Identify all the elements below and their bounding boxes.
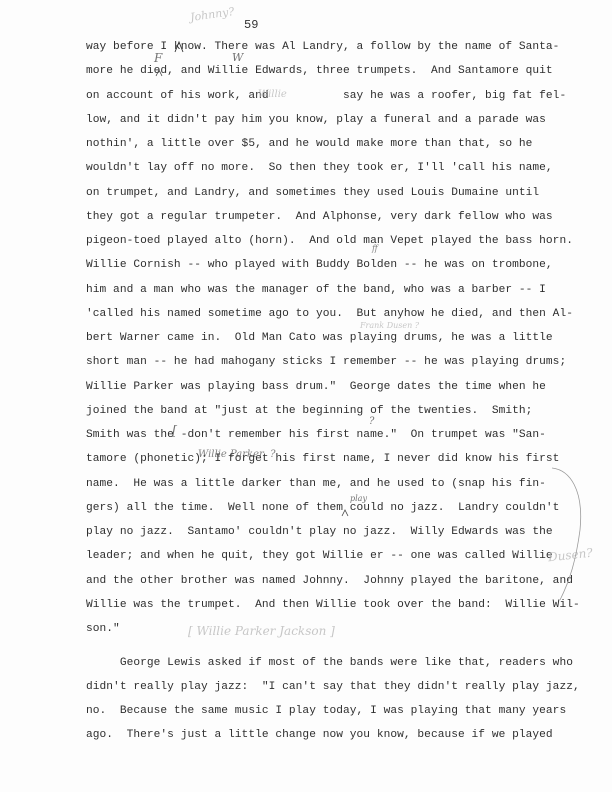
handwritten-bottom-note: [ Willie Parker Jackson ] bbox=[188, 624, 335, 638]
text-line: play no jazz. Santamo' couldn't play no … bbox=[86, 525, 553, 539]
text-line: pigeon-toed played alto (horn). And old … bbox=[86, 234, 573, 248]
text-line: more he died, and Willie Edwards, three … bbox=[86, 64, 553, 78]
handwritten-insert-w: W bbox=[232, 51, 243, 64]
text-line: nothin', a little over $5, and he would … bbox=[86, 137, 532, 151]
handwritten-question: ? bbox=[369, 416, 374, 427]
handwritten-bracket: [ bbox=[172, 424, 177, 439]
text-line: Smith was the -don't remember his first … bbox=[86, 428, 546, 442]
document-page: 59 way before I know. There was Al Landr… bbox=[0, 0, 612, 792]
page-number: 59 bbox=[244, 18, 258, 32]
handwritten-insert-f: F bbox=[154, 51, 162, 65]
text-line: 'called his named sometime ago to you. B… bbox=[86, 307, 573, 321]
text-line: tamore (phonetic); I forget his first na… bbox=[86, 452, 559, 466]
text-line: they got a regular trumpeter. And Alphon… bbox=[86, 210, 553, 224]
text-line: low, and it didn't pay him you know, pla… bbox=[86, 113, 546, 127]
text-line: and the other brother was named Johnny. … bbox=[86, 574, 573, 588]
text-line: didn't really play jazz: "I can't say th… bbox=[86, 680, 580, 694]
handwritten-faint-name: Willie bbox=[258, 89, 287, 100]
handwritten-willie-parker: Willie Parker ? bbox=[198, 449, 276, 460]
text-line: George Lewis asked if most of the bands … bbox=[86, 656, 573, 670]
text-line: ago. There's just a little change now yo… bbox=[86, 728, 553, 742]
text-line: no. Because the same music I play today,… bbox=[86, 704, 566, 718]
handwritten-margin-name: Dusen? bbox=[547, 546, 593, 565]
text-line: son." bbox=[86, 622, 120, 636]
text-line: wouldn't lay off no more. So then they t… bbox=[86, 161, 553, 175]
text-line: gers) all the time. Well none of them co… bbox=[86, 501, 559, 515]
handwritten-play-insert: play bbox=[350, 494, 367, 503]
text-line: bert Warner came in. Old Man Cato was pl… bbox=[86, 331, 553, 345]
text-line: Willie Parker was playing bass drum." Ge… bbox=[86, 380, 546, 394]
handwritten-above-vepet: ff bbox=[372, 244, 378, 253]
text-line: name. He was a little darker than me, an… bbox=[86, 477, 546, 491]
text-line: Willie Cornish -- who played with Buddy … bbox=[86, 258, 553, 272]
text-line: joined the band at "just at the beginnin… bbox=[86, 404, 532, 418]
text-line: on trumpet, and Landry, and sometimes th… bbox=[86, 186, 539, 200]
text-line: him and a man who was the manager of the… bbox=[86, 283, 546, 297]
text-line: Willie was the trumpet. And then Willie … bbox=[86, 598, 580, 612]
handwritten-above-drums: Frank Dusen ? bbox=[360, 321, 419, 330]
handwritten-note-top: Johnny? bbox=[189, 5, 235, 24]
text-line: short man -- he had mahogany sticks I re… bbox=[86, 355, 566, 369]
text-line: leader; and when he quit, they got Willi… bbox=[86, 549, 553, 563]
text-line: on account of his work, and say he was a… bbox=[86, 89, 566, 103]
